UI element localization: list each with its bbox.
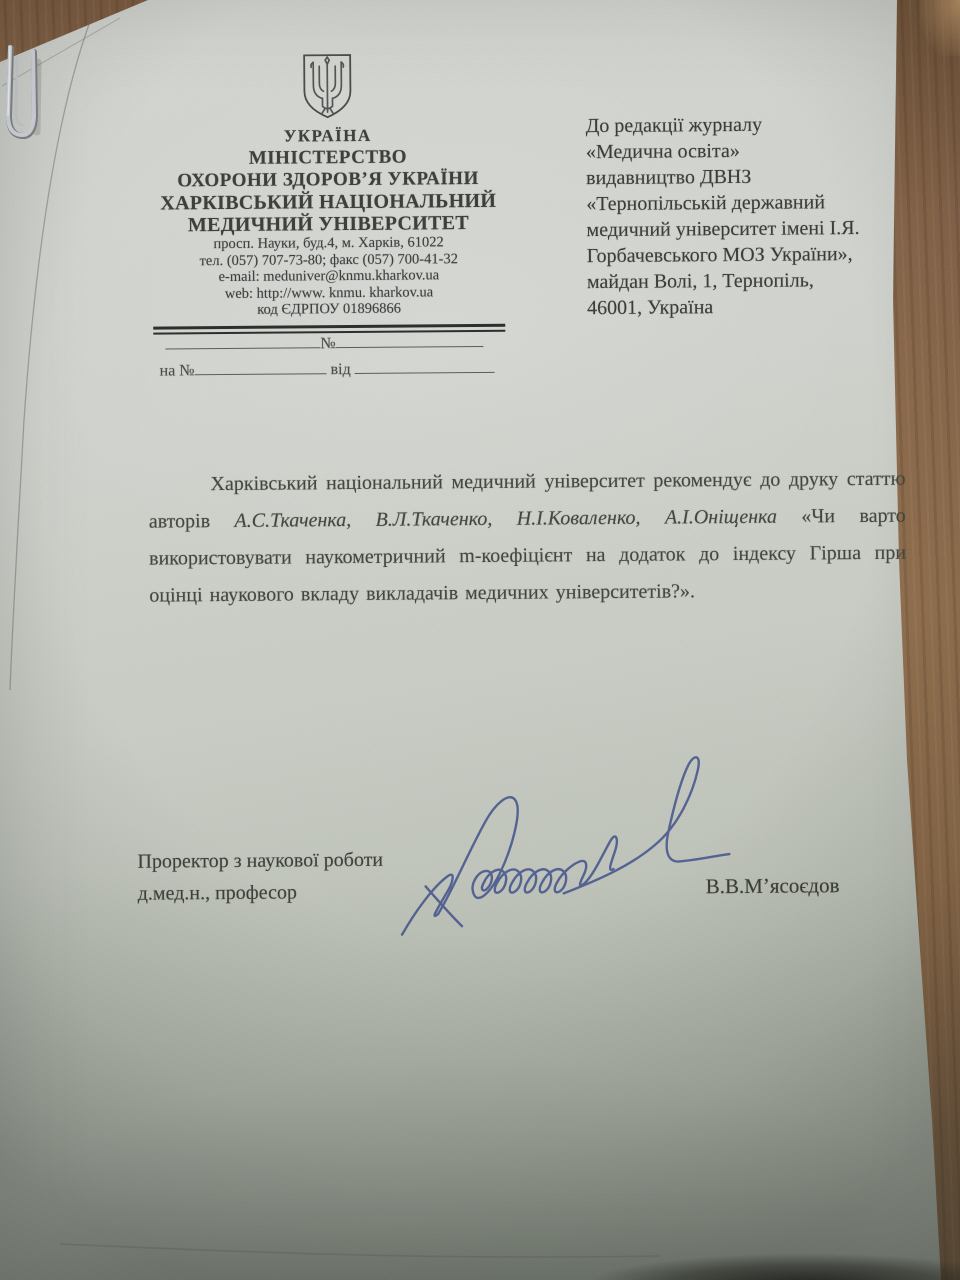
letterhead-phone-fax: тел. (057) 707-73-80; факс (057) 700-41-… (147, 250, 511, 269)
recipient-line: майдан Волі, 1, Тернопіль, (587, 267, 923, 296)
letterhead-country: УКРАЇНА (146, 124, 510, 149)
letterhead-university-line1: ХАРКІВСЬКИЙ НАЦІОНАЛЬНИЙ (146, 190, 510, 215)
letterhead-ministry-line1: МІНІСТЕРСТВО (146, 146, 510, 171)
recipient-line: До редакції журналу (586, 111, 922, 140)
recipient-line: Горбачевського МОЗ України», (587, 241, 923, 270)
body-authors: А.С.Ткаченка, В.Л.Ткаченко, Н.І.Коваленк… (234, 506, 777, 532)
letterhead: УКРАЇНА МІНІСТЕРСТВО ОХОРОНИ ЗДОРОВ’Я УК… (145, 50, 511, 334)
recipient-line: 46001, Україна (587, 293, 923, 322)
recipient-line: видавництво ДВНЗ (586, 163, 922, 192)
ref-from-label: від (330, 361, 350, 378)
ref-reply-blank-left (194, 358, 326, 375)
photographed-document: УКРАЇНА МІНІСТЕРСТВО ОХОРОНИ ЗДОРОВ’Я УК… (0, 0, 960, 1280)
body-paragraph: Харківський національний медичний універ… (148, 461, 906, 615)
handwritten-signature (381, 740, 763, 943)
signature-x-cross (426, 886, 462, 926)
ref-reply-blank-right (355, 357, 495, 374)
signature-loops (401, 796, 618, 934)
ref-on-number-label: на № (160, 362, 195, 379)
recipient-line: медичний університет імені І.Я. (586, 215, 922, 244)
ref-number-blank-right (336, 331, 484, 348)
paperclip-icon (2, 40, 62, 150)
tryzub-shield-icon (299, 51, 356, 121)
ref-reply-line: на № від (160, 357, 495, 381)
recipient-line: «Тернопільській державний (586, 189, 922, 218)
ref-number-label: № (320, 335, 335, 352)
signature-tail-loop (563, 757, 730, 893)
recipient-line: «Медична освіта» (586, 137, 922, 166)
signer-role-line2: д.мед.н., професор (138, 876, 384, 910)
recipient-address-block: До редакції журналу «Медична освіта» вид… (586, 111, 924, 322)
letterhead-ministry-line2: ОХОРОНИ ЗДОРОВ’Я УКРАЇНИ (146, 168, 510, 193)
signer-role-line1: Проректор з наукової роботи (137, 844, 383, 878)
letterhead-edrpou: код ЄДРПОУ 01896866 (147, 300, 511, 319)
signer-role-block: Проректор з наукової роботи д.мед.н., пр… (137, 844, 383, 910)
letterhead-university-line2: МЕДИЧНИЙ УНІВЕРСИТЕТ (146, 212, 510, 237)
ref-number-blank-left (165, 332, 320, 349)
letter-content: УКРАЇНА МІНІСТЕРСТВО ОХОРОНИ ЗДОРОВ’Я УК… (0, 0, 960, 1280)
ref-number-line: № (165, 331, 483, 354)
